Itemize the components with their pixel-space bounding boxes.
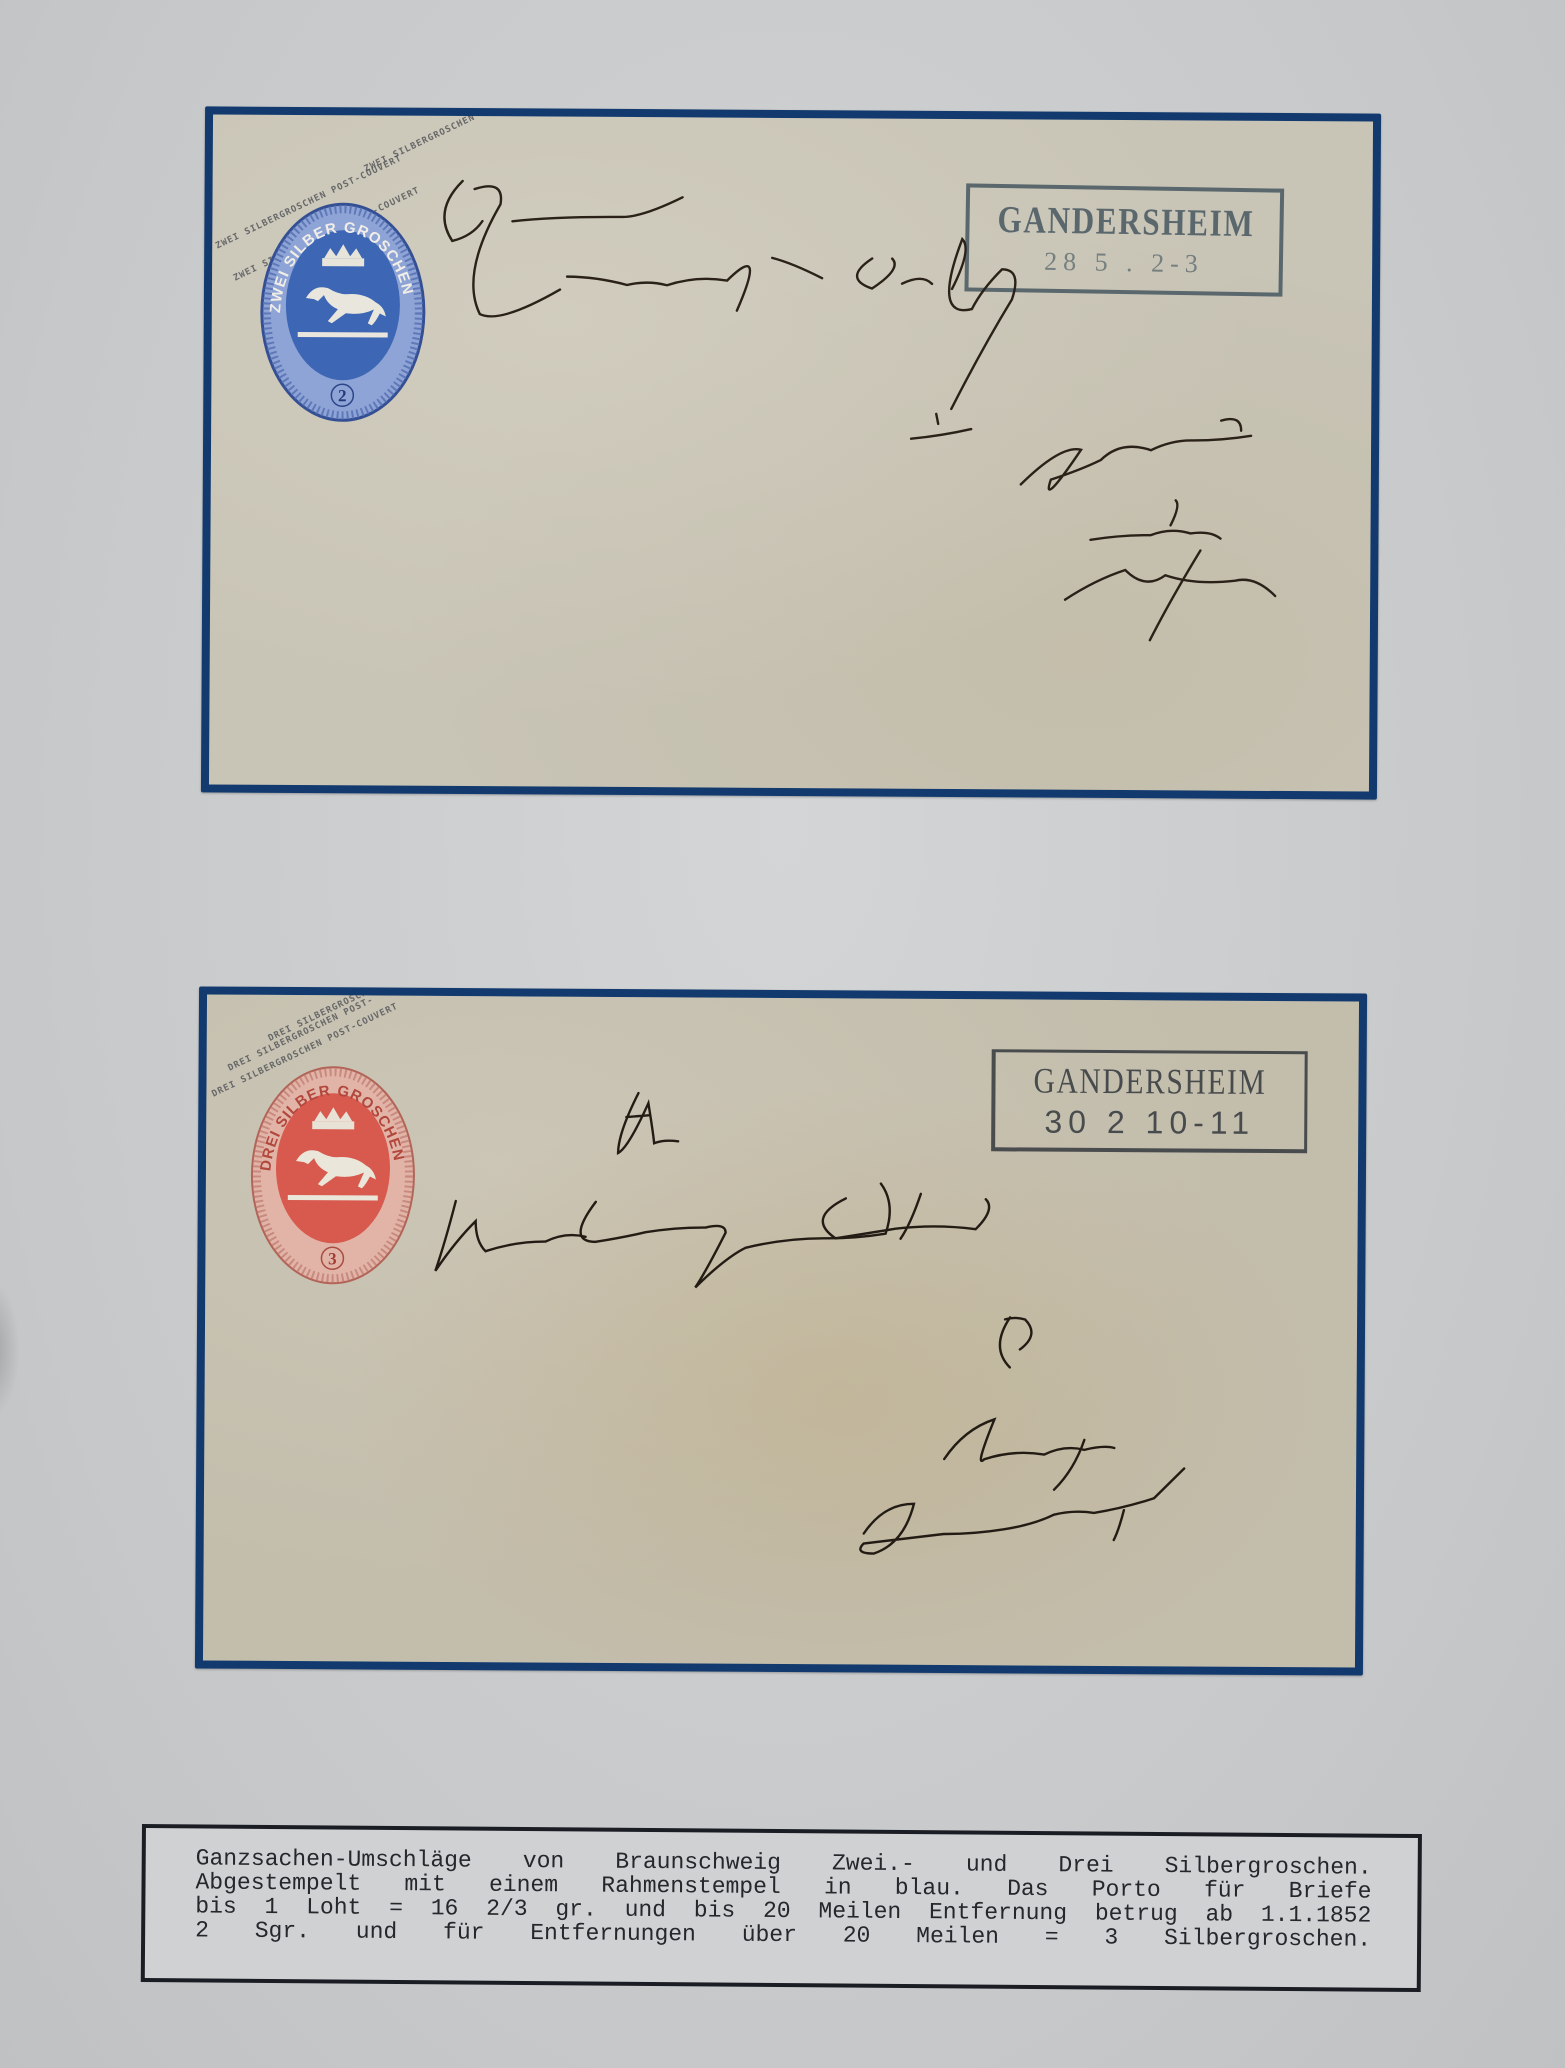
- handwriting-strokes: [203, 994, 1357, 1667]
- envelope-mount-1: ZWEI SILBERGROSCHEN POST-COUVERT ZWEI SI…: [201, 106, 1381, 799]
- address-handwriting: [209, 114, 1373, 791]
- handwriting-strokes: [209, 114, 1373, 791]
- envelope-drei-silbergroschen: DREI SILBERGROSCHEN POST-COUVERT DREI SI…: [203, 994, 1359, 1667]
- address-handwriting: [203, 994, 1359, 1667]
- envelope-mount-2: DREI SILBERGROSCHEN POST-COUVERT DREI SI…: [195, 986, 1367, 1675]
- envelope-zwei-silbergroschen: ZWEI SILBERGROSCHEN POST-COUVERT ZWEI SI…: [209, 114, 1373, 791]
- page-edge-shadow: [0, 1280, 20, 1420]
- caption-box: Ganzsachen-Umschläge von Braunschweig Zw…: [141, 1824, 1422, 1992]
